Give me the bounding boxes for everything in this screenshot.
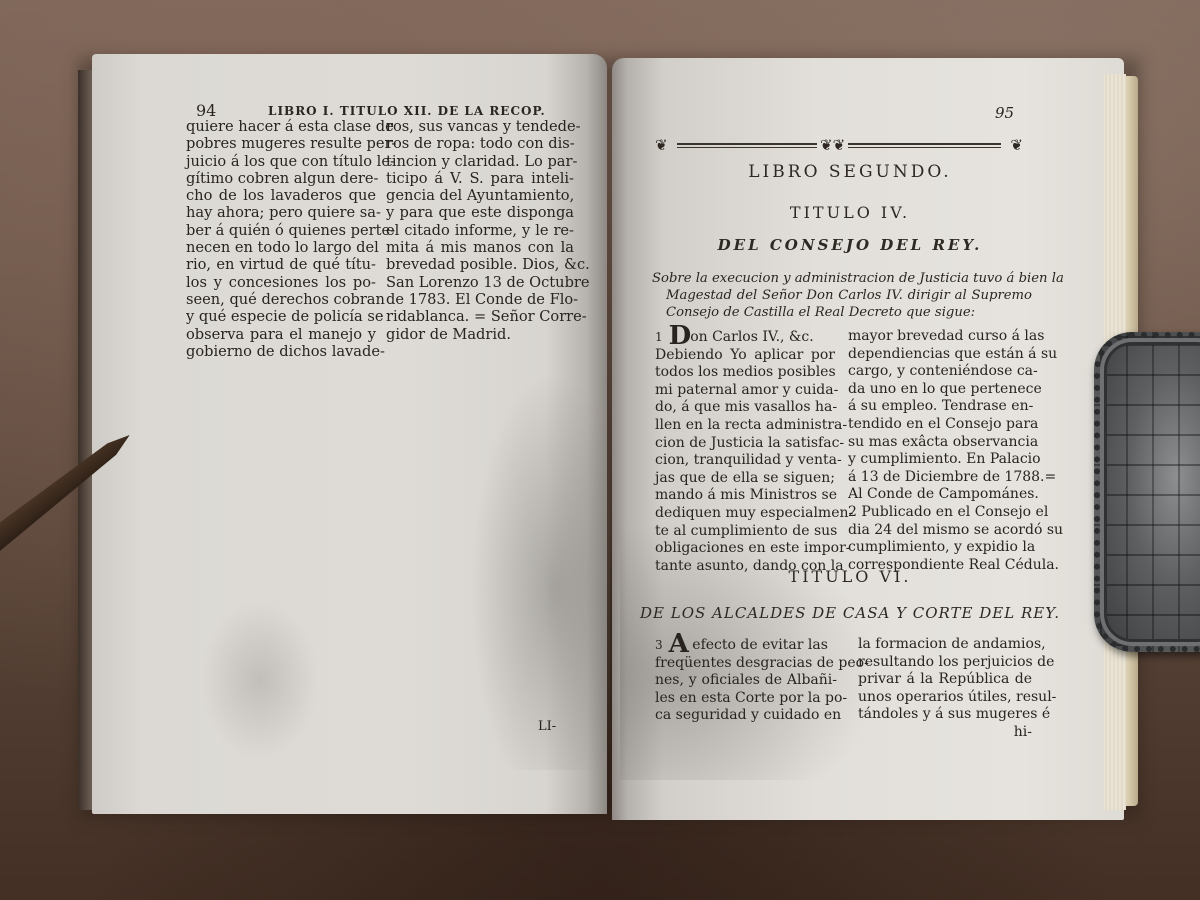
text-line: juicio á los que con título le-	[186, 153, 376, 170]
right-column-3: 3A efecto de evitar las freqüentes desgr…	[655, 636, 837, 725]
text-line: seen, qué derechos cobran	[186, 291, 376, 308]
text-line: Al Conde de Campománes.	[848, 486, 1032, 504]
right-column-2: mayor brevedad curso á las dependiencias…	[848, 328, 1032, 574]
text-line: hay ahora; pero quiere sa-	[186, 204, 376, 221]
intro-paragraph: Sobre la execucion y administracion de J…	[652, 270, 1032, 321]
right-column-4: la formacion de andamios, resultando los…	[858, 636, 1032, 742]
left-running-head: LIBRO I. TITULO XII. DE LA RECOP.	[268, 104, 546, 118]
text-line: mayor brevedad curso á las	[848, 328, 1032, 346]
text-line: Sobre la execucion y administracion de J…	[652, 270, 1032, 287]
text-line: mando á mis Ministros se	[655, 487, 835, 505]
text-line: á 13 de Diciembre de 1788.=	[848, 469, 1032, 487]
text-line: de 1783. El Conde de Flo-	[386, 291, 574, 308]
text-line: on Carlos IV., &c.	[690, 329, 813, 345]
text-line: 2 Publicado en el Consejo el	[848, 504, 1032, 522]
text-line: necen en todo lo largo del	[186, 239, 376, 256]
text-line: freqüentes desgracias de peo-	[655, 655, 837, 673]
text-line: ca seguridad y cuidado en	[655, 707, 837, 725]
text-line: quiere hacer á esta clase de	[186, 118, 376, 135]
text-line: y para que este disponga	[386, 204, 574, 221]
text-line: tincion y claridad. Lo par-	[386, 153, 574, 170]
text-line: observa para el manejo y	[186, 326, 376, 343]
text-line: gidor de Madrid.	[386, 326, 574, 343]
right-column-1: 1Don Carlos IV., &c. Debiendo Yo aplicar…	[655, 328, 835, 575]
text-line: ridablanca. = Señor Corre-	[386, 308, 574, 325]
paragraph-number: 3	[655, 638, 663, 652]
paragraph-number: 1	[655, 330, 663, 344]
page-shadow	[470, 370, 610, 770]
catchword: LI-	[538, 719, 556, 734]
text-line: Magestad del Señor Don Carlos IV. dirigi…	[652, 287, 1032, 304]
catchword: hi-	[858, 724, 1032, 742]
text-line: el citado informe, y le re-	[386, 222, 574, 239]
text-line: ber á quién ó quienes perte-	[186, 222, 376, 239]
text-line: resultando los perjuicios de	[858, 654, 1032, 672]
text-line: mita á mis manos con la	[386, 239, 574, 256]
text-line: dia 24 del mismo se acordó su	[848, 522, 1032, 540]
paragraph-first-line: 3A efecto de evitar las	[655, 636, 837, 655]
text-line: dediquen muy especialmen-	[655, 505, 835, 523]
text-line: obligaciones en este impor-	[655, 540, 835, 558]
title-subheading: DEL CONSEJO DEL REY.	[640, 236, 1060, 254]
text-line: San Lorenzo 13 de Octubre	[386, 274, 574, 291]
metal-buckle	[1094, 332, 1200, 652]
title-subheading: DE LOS ALCALDES DE CASA Y CORTE DEL REY.	[640, 604, 1060, 622]
text-line: ros, sus vancas y tendede-	[386, 118, 574, 135]
text-line: gencia del Ayuntamiento,	[386, 187, 574, 204]
text-line: cion, tranquilidad y venta-	[655, 452, 835, 470]
text-line: privar á la República de	[858, 671, 1032, 689]
text-line: rio, en virtud de qué títu-	[186, 256, 376, 273]
right-page-number: 95	[995, 104, 1014, 122]
text-line: cargo, y conteniéndose ca-	[848, 363, 1032, 381]
text-line: mi paternal amor y cuida-	[655, 382, 835, 400]
text-line: dependiencias que están á su	[848, 346, 1032, 364]
text-line: pobres mugeres resulte per-	[186, 135, 376, 152]
ornamental-rule: ❦ ❦❦ ❦	[655, 136, 1023, 156]
title-heading: TITULO VI.	[640, 567, 1060, 586]
paragraph-first-line: 1Don Carlos IV., &c.	[655, 328, 835, 347]
fleuron-icon: ❦	[655, 136, 668, 154]
text-line: unos operarios útiles, resul-	[858, 689, 1032, 707]
text-line: la formacion de andamios,	[858, 636, 1032, 654]
text-line: y cumplimiento. En Palacio	[848, 451, 1032, 469]
text-line: cion de Justicia la satisfac-	[655, 435, 835, 453]
text-line: les en esta Corte por la po-	[655, 690, 837, 708]
text-line: gobierno de dichos lavade-	[186, 343, 376, 360]
text-line: efecto de evitar las	[692, 637, 828, 653]
text-line: tándoles y á sus mugeres é	[858, 706, 1032, 724]
text-line: los y concesiones los po-	[186, 274, 376, 291]
text-line: ros de ropa: todo con dis-	[386, 135, 574, 152]
text-line: cho de los lavaderos que	[186, 187, 376, 204]
fleuron-icon: ❦	[1010, 136, 1023, 154]
text-line: ticipo á V. S. para inteli-	[386, 170, 574, 187]
left-column-1: quiere hacer á esta clase de pobres muge…	[186, 118, 376, 360]
text-line: gítimo cobren algun dere-	[186, 170, 376, 187]
text-line: y qué especie de policía se	[186, 308, 376, 325]
text-line: brevedad posible. Dios, &c.	[386, 256, 574, 273]
text-line: cumplimiento, y expidio la	[848, 539, 1032, 557]
book-heading: LIBRO SEGUNDO.	[640, 162, 1060, 182]
text-line: nes, y oficiales de Albañi-	[655, 672, 837, 690]
text-line: Debiendo Yo aplicar por	[655, 347, 835, 365]
text-line: su mas exâcta observancia	[848, 434, 1032, 452]
text-line: do, á que mis vasallos ha-	[655, 399, 835, 417]
text-line: todos los medios posibles	[655, 364, 835, 382]
text-line: á su empleo. Tendrase en-	[848, 398, 1032, 416]
text-line: tendido en el Consejo para	[848, 416, 1032, 434]
text-line: te al cumplimiento de sus	[655, 523, 835, 541]
fleuron-icon: ❦❦	[817, 136, 848, 154]
text-line: da uno en lo que pertenece	[848, 381, 1032, 399]
left-column-2: ros, sus vancas y tendede- ros de ropa: …	[386, 118, 574, 343]
page-shadow	[200, 600, 320, 760]
text-line: Consejo de Castilla el Real Decreto que …	[652, 304, 1032, 321]
text-line: llen en la recta administra-	[655, 417, 835, 435]
text-line: jas que de ella se siguen;	[655, 470, 835, 488]
title-heading: TITULO IV.	[640, 203, 1060, 222]
